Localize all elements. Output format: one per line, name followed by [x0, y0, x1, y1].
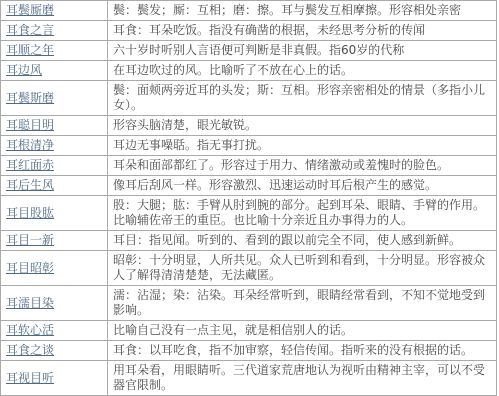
table-row: 耳目昭彰 昭彰：十分明显，人所共见。众人已听到和看到，十分明显。形容被众人了解得… — [1, 251, 497, 286]
idiom-link[interactable]: 耳根清净 — [6, 138, 54, 152]
idiom-term-cell: 耳目一新 — [1, 231, 108, 251]
idiom-term-cell: 耳边风 — [1, 61, 108, 81]
idiom-link[interactable]: 耳软心活 — [6, 323, 54, 337]
idiom-definition: 濡：沾湿；染：沾染。耳朵经常听到，眼睛经常看到，不知不觉地受到影响。 — [108, 286, 497, 321]
table-row: 耳食之谈 耳食：以耳吃食，指不加审察，轻信传闻。指听来的没有根据的话。 — [1, 341, 497, 361]
idiom-link[interactable]: 耳濡目染 — [6, 296, 54, 310]
idiom-definition: 形容头脑清楚，眼光敏锐。 — [108, 116, 497, 136]
idiom-link[interactable]: 耳目股肱 — [6, 206, 54, 220]
table-row: 耳视目听 用耳朵看，用眼睛听。三代道家荒唐地认为视听由精神主宰，可以不受器官限制… — [1, 361, 497, 396]
idiom-definition: 鬓：鬓发；厮：互相；磨：擦。耳与鬓发互相摩擦。形容相处亲密 — [108, 1, 497, 21]
idiom-link[interactable]: 耳聪目明 — [6, 118, 54, 132]
idiom-link[interactable]: 耳食之谈 — [6, 343, 54, 357]
table-row: 耳鬓厮磨 鬓：鬓发；厮：互相；磨：擦。耳与鬓发互相摩擦。形容相处亲密 — [1, 1, 497, 21]
idiom-link[interactable]: 耳红面赤 — [6, 158, 54, 172]
idiom-term-cell: 耳目股肱 — [1, 196, 108, 231]
idiom-term-cell: 耳食之言 — [1, 21, 108, 41]
idiom-term-cell: 耳顺之年 — [1, 41, 108, 61]
idiom-term-cell: 耳濡目染 — [1, 286, 108, 321]
idiom-link[interactable]: 耳鬓厮磨 — [6, 3, 54, 17]
idiom-term-cell: 耳鬓斯磨 — [1, 81, 108, 116]
idiom-term-cell: 耳红面赤 — [1, 156, 108, 176]
idiom-link[interactable]: 耳后生风 — [6, 178, 54, 192]
idiom-table: 耳鬓厮磨 鬓：鬓发；厮：互相；磨：擦。耳与鬓发互相摩擦。形容相处亲密 耳食之言 … — [0, 0, 497, 396]
idiom-definition: 像耳后刮风一样。形容激烈、迅速运动时耳后根产生的感觉。 — [108, 176, 497, 196]
idiom-definition: 耳目：指见闻。听到的、看到的跟以前完全不同，使人感到新鲜。 — [108, 231, 497, 251]
idiom-link[interactable]: 耳目昭彰 — [6, 261, 54, 275]
table-row: 耳软心活 比喻自己没有一点主见，就是相信别人的话。 — [1, 321, 497, 341]
idiom-definition: 在耳边吹过的风。比喻听了不放在心上的话。 — [108, 61, 497, 81]
table-row: 耳根清净 耳边无事噪聒。指无事打扰。 — [1, 136, 497, 156]
idiom-term-cell: 耳鬓厮磨 — [1, 1, 108, 21]
table-row: 耳后生风 像耳后刮风一样。形容激烈、迅速运动时耳后根产生的感觉。 — [1, 176, 497, 196]
idiom-term-cell: 耳后生风 — [1, 176, 108, 196]
idiom-term-cell: 耳软心活 — [1, 321, 108, 341]
idiom-table-body: 耳鬓厮磨 鬓：鬓发；厮：互相；磨：擦。耳与鬓发互相摩擦。形容相处亲密 耳食之言 … — [1, 1, 497, 396]
idiom-link[interactable]: 耳顺之年 — [6, 43, 54, 57]
idiom-link[interactable]: 耳鬓斯磨 — [6, 91, 54, 105]
table-row: 耳边风 在耳边吹过的风。比喻听了不放在心上的话。 — [1, 61, 497, 81]
idiom-list-page: 耳鬓厮磨 鬓：鬓发；厮：互相；磨：擦。耳与鬓发互相摩擦。形容相处亲密 耳食之言 … — [0, 0, 499, 396]
idiom-definition: 股：大腿；肱：手臂从肘到腕的部分。起到耳朵、眼睛、手臂的作用。比喻辅佐帝王的重臣… — [108, 196, 497, 231]
table-row: 耳食之言 耳食：耳朵吃饭。指没有确凿的根据，未经思考分析的传闻 — [1, 21, 497, 41]
idiom-definition: 鬓：面颊两旁近耳的头发；斯：互相。形容亲密相处的情景（多指小儿女）。 — [108, 81, 497, 116]
table-row: 耳目一新 耳目：指见闻。听到的、看到的跟以前完全不同，使人感到新鲜。 — [1, 231, 497, 251]
idiom-definition: 耳食：以耳吃食，指不加审察，轻信传闻。指听来的没有根据的话。 — [108, 341, 497, 361]
idiom-link[interactable]: 耳边风 — [6, 63, 42, 77]
table-row: 耳目股肱 股：大腿；肱：手臂从肘到腕的部分。起到耳朵、眼睛、手臂的作用。比喻辅佐… — [1, 196, 497, 231]
idiom-definition: 耳食：耳朵吃饭。指没有确凿的根据，未经思考分析的传闻 — [108, 21, 497, 41]
idiom-definition: 六十岁时听别人言语便可判断是非真假。指60岁的代称 — [108, 41, 497, 61]
idiom-definition: 耳边无事噪聒。指无事打扰。 — [108, 136, 497, 156]
idiom-link[interactable]: 耳目一新 — [6, 233, 54, 247]
table-row: 耳鬓斯磨 鬓：面颊两旁近耳的头发；斯：互相。形容亲密相处的情景（多指小儿女）。 — [1, 81, 497, 116]
idiom-definition: 昭彰：十分明显，人所共见。众人已听到和看到，十分明显。形容被众人了解得清清楚楚，… — [108, 251, 497, 286]
idiom-term-cell: 耳视目听 — [1, 361, 108, 396]
idiom-definition: 比喻自己没有一点主见，就是相信别人的话。 — [108, 321, 497, 341]
table-row: 耳聪目明 形容头脑清楚，眼光敏锐。 — [1, 116, 497, 136]
idiom-link[interactable]: 耳食之言 — [6, 23, 54, 37]
idiom-term-cell: 耳聪目明 — [1, 116, 108, 136]
idiom-link[interactable]: 耳视目听 — [6, 371, 54, 385]
idiom-term-cell: 耳目昭彰 — [1, 251, 108, 286]
idiom-definition: 用耳朵看，用眼睛听。三代道家荒唐地认为视听由精神主宰，可以不受器官限制。 — [108, 361, 497, 396]
idiom-term-cell: 耳根清净 — [1, 136, 108, 156]
table-row: 耳濡目染 濡：沾湿；染：沾染。耳朵经常听到，眼睛经常看到，不知不觉地受到影响。 — [1, 286, 497, 321]
table-row: 耳红面赤 耳朵和面部都红了。形容过于用力、情绪激动或羞愧时的脸色。 — [1, 156, 497, 176]
idiom-term-cell: 耳食之谈 — [1, 341, 108, 361]
table-row: 耳顺之年 六十岁时听别人言语便可判断是非真假。指60岁的代称 — [1, 41, 497, 61]
idiom-definition: 耳朵和面部都红了。形容过于用力、情绪激动或羞愧时的脸色。 — [108, 156, 497, 176]
